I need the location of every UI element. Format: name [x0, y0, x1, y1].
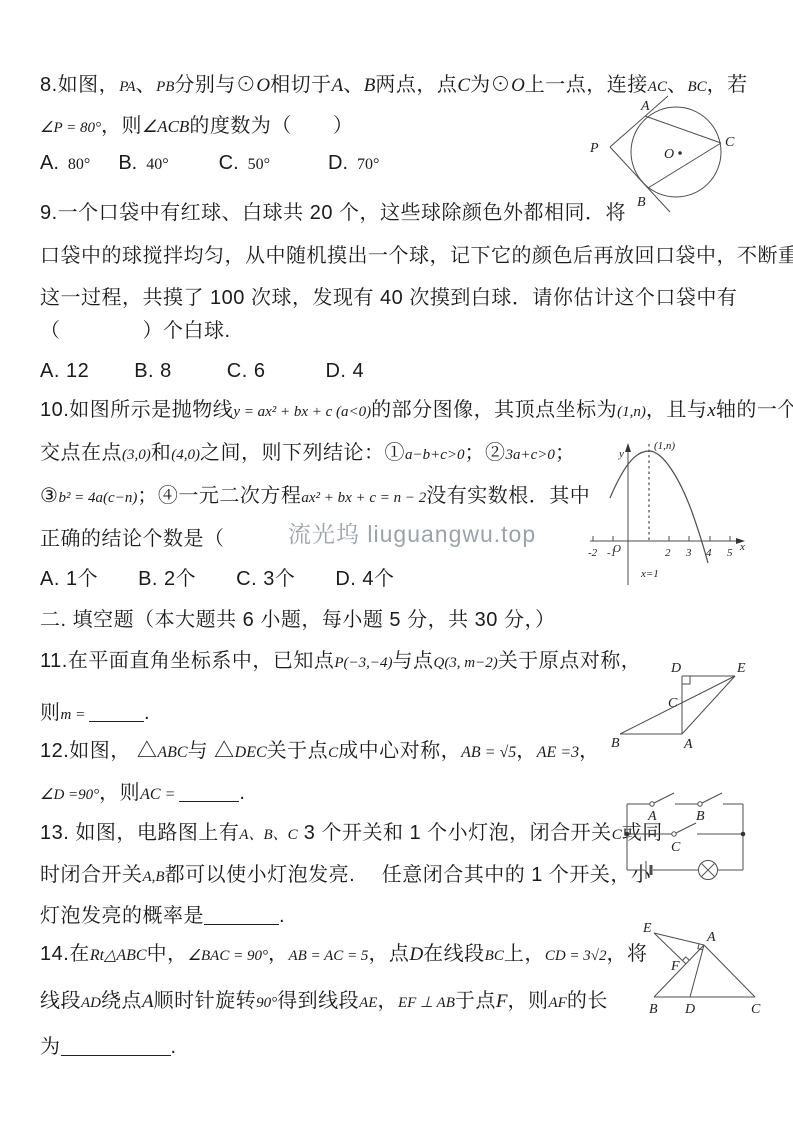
text-run: D. 4 — [325, 360, 364, 382]
text-run: 正确的结论个数是（ — [40, 528, 225, 550]
label-B: B — [637, 195, 646, 210]
text-run: (4,0) — [171, 447, 200, 463]
text-run: . — [279, 905, 285, 927]
right-angle-mark-d — [682, 676, 690, 684]
text-run: 相切于 — [270, 74, 332, 96]
right-angle-mark-f — [682, 957, 689, 961]
text-run: AE — [359, 995, 377, 1011]
text-run: Rt△ABC — [90, 947, 147, 964]
text-run: 的部分图像，其顶点坐标为 — [371, 399, 617, 421]
text-run: ， — [377, 990, 398, 1012]
circle-o — [631, 107, 721, 197]
text-run: m = — [61, 707, 89, 723]
text-run: AD — [81, 995, 101, 1011]
text-run: 50° — [248, 156, 270, 173]
y-axis-arrow — [625, 443, 631, 452]
text-run: 灯泡发亮的概率是 — [40, 905, 204, 927]
text-run: O — [511, 75, 525, 96]
q10-line-3: ③b² = 4a(c−n)；④一元二次方程ax² + bx + c = n − … — [40, 483, 590, 511]
q9-line-4: （ ）个白球. — [40, 318, 231, 346]
q12-triangle-figure: D E C B A — [610, 648, 793, 752]
label-C: C — [668, 696, 678, 711]
switch-a-blade — [654, 793, 674, 803]
text-run: A. 1个 — [40, 568, 98, 590]
text-run: A — [142, 991, 154, 1012]
text-run: 的长 — [567, 990, 608, 1012]
text-run: 上， — [504, 943, 545, 965]
text-run: F — [496, 991, 508, 1012]
text-run: 为⊙ — [470, 74, 511, 96]
section-2-header: 二. 填空题（本大题共 6 小题，每小题 5 分，共 30 分，） — [40, 607, 555, 635]
q11-line-2: 则m = . — [40, 700, 150, 728]
tick-3: 3 — [685, 547, 692, 559]
q14-line-3: 为. — [40, 1034, 177, 1062]
text-run: A. 12 — [40, 360, 89, 382]
label-O: O — [664, 147, 674, 162]
segment-ef — [654, 933, 686, 964]
text-run — [179, 783, 239, 802]
text-run: 、 — [136, 74, 157, 96]
text-run: C. 3个 — [236, 568, 295, 590]
text-run: 的度数为（ ） — [189, 115, 353, 137]
text-run: Q(3, m−2) — [433, 655, 497, 671]
junction-left — [625, 832, 630, 837]
tick-4: 4 — [706, 547, 712, 559]
text-run: y = ax² + bx + c (a<0) — [233, 404, 371, 420]
text-run: B — [364, 75, 376, 96]
segment-be — [620, 676, 735, 734]
q10-line-2: 交点在点(3,0)和(4,0)之间，则下列结论：①a−b+c>0；②3a+c>0… — [40, 440, 575, 468]
text-run: 中， — [147, 943, 188, 965]
center-dot — [678, 151, 682, 155]
label-A: A — [706, 930, 716, 945]
text-run: （ ）个白球. — [40, 320, 231, 342]
text-run: ∠ACB — [142, 117, 189, 136]
text-run: . — [239, 782, 245, 804]
text-run: ， — [579, 740, 600, 762]
text-run: ， — [268, 943, 289, 965]
text-run: . — [144, 702, 150, 724]
text-run: a−b+c>0 — [405, 447, 465, 463]
label-C: C — [751, 1002, 761, 1017]
text-run: D. — [328, 152, 348, 174]
text-run: 8.如图， — [40, 74, 119, 96]
text-run: . — [171, 1036, 177, 1058]
text-run: 3 个开关和 1 个小灯泡，闭合开关 — [298, 822, 612, 844]
label-E: E — [736, 661, 746, 676]
text-run: ，则 — [508, 990, 549, 1012]
exam-page: 8.如图，PA、PB分别与⊙O相切于A、B两点，点C为⊙O上一点，连接AC、BC… — [0, 0, 793, 1122]
text-run: AB = √5 — [461, 744, 516, 761]
text-run: 于点 — [455, 990, 496, 1012]
text-run: A. — [40, 152, 59, 174]
parabola-curve — [610, 451, 708, 563]
text-run: D — [409, 944, 423, 965]
q13-line-3: 灯泡发亮的概率是. — [40, 903, 285, 931]
text-run: PB — [156, 79, 174, 95]
text-run: 上一点，连接 — [525, 74, 648, 96]
text-run: ， — [516, 740, 537, 762]
q10-line-4: 正确的结论个数是（ — [40, 526, 225, 554]
text-run: 这一过程，共摸了 100 次球，发现有 40 次摸到白球．请你估计这个口袋中有 — [40, 287, 737, 309]
text-run: b² = 4a(c−n) — [58, 490, 137, 506]
text-run: 两点，点 — [375, 74, 457, 96]
text-run: 关于点 — [267, 740, 329, 762]
q13-circuit-figure: A B C — [620, 782, 793, 882]
text-run: 轴的一个 — [716, 399, 793, 421]
q12-line-1: 12.如图， △ABC与 △DEC关于点C成中心对称，AB = √5，AE =3… — [40, 738, 600, 766]
label-B: B — [611, 736, 620, 751]
text-run: 为 — [40, 1036, 61, 1058]
junction-right — [741, 832, 746, 837]
text-run: ，且与 — [646, 399, 708, 421]
switch-b-blade — [702, 793, 722, 803]
axis-of-symmetry-label: x=1 — [640, 568, 659, 580]
text-run: DEC — [235, 744, 267, 761]
text-run — [204, 906, 279, 925]
switch-b-contact — [698, 802, 702, 806]
label-A: A — [683, 737, 693, 752]
segment-ac — [704, 945, 755, 997]
q14-line-2: 线段AD绕点A顺时针旋转90°得到线段AE，EF ⊥ AB于点F，则AF的长 — [40, 988, 608, 1016]
q9-options: A. 12B. 8C. 6D. 4 — [40, 358, 364, 386]
text-run: C. 6 — [227, 360, 266, 382]
text-run: ABC — [157, 744, 187, 761]
text-run: B. 2个 — [138, 568, 196, 590]
text-run: PA — [119, 79, 135, 95]
q9-line-3: 这一过程，共摸了 100 次球，发现有 40 次摸到白球．请你估计这个口袋中有 — [40, 285, 737, 313]
text-run: 口袋中的球搅拌均匀，从中随机摸出一个球，记下它的颜色后再放回口袋中，不断重复 — [40, 245, 793, 267]
text-run: 顺时针旋转 — [154, 990, 257, 1012]
label-F: F — [670, 959, 680, 974]
text-run: AC — [648, 79, 667, 95]
text-run: B. 8 — [134, 360, 172, 382]
text-run: 之间，则下列结论：① — [200, 442, 405, 464]
text-run: CD = 3√2 — [545, 948, 607, 964]
label-C: C — [725, 135, 735, 150]
text-run: AB = AC = 5 — [288, 948, 368, 964]
q12-line-2: ∠D =90°，则AC = . — [40, 780, 245, 808]
text-run: 、 — [667, 74, 688, 96]
label-B: B — [649, 1002, 658, 1017]
text-run: D. 4个 — [335, 568, 394, 590]
text-run: BC — [687, 79, 706, 95]
text-run: 则 — [40, 702, 61, 724]
q10-parabola-figure: y x O (1,n) x=1 -2 -1 2 3 4 5 — [588, 430, 793, 592]
text-run: 分别与⊙ — [174, 74, 256, 96]
x-axis-label: x — [739, 541, 745, 553]
text-run: C — [328, 745, 338, 761]
label-D: D — [684, 1002, 695, 1017]
text-run: 交点在点 — [40, 442, 122, 464]
label-switch-A: A — [647, 809, 657, 824]
label-E: E — [642, 921, 652, 936]
segment-ea — [654, 933, 704, 945]
text-run: 绕点 — [101, 990, 142, 1012]
text-run: ； — [555, 442, 576, 464]
text-run: 70° — [357, 156, 379, 173]
text-run: 与点 — [392, 650, 433, 672]
q10-line-1: 10.如图所示是抛物线y = ax² + bx + c (a<0)的部分图像，其… — [40, 397, 793, 425]
text-run: 得到线段 — [277, 990, 359, 1012]
x-axis-ticks — [593, 536, 730, 541]
text-run: A — [332, 75, 344, 96]
text-run: 14.在 — [40, 943, 90, 965]
text-run: 与 △ — [188, 740, 235, 762]
text-run: ∠P = 80° — [40, 120, 101, 136]
text-run: AF — [549, 995, 567, 1011]
text-run: B. — [118, 152, 137, 174]
text-run: O — [256, 75, 270, 96]
text-run: ；② — [465, 442, 506, 464]
text-run: (1,n) — [617, 404, 646, 420]
text-run: BC — [485, 948, 504, 964]
text-run: ax² + bx + c = n − 2 — [301, 490, 426, 506]
q13-line-1: 13. 如图，电路图上有A、B、C 3 个开关和 1 个小灯泡，闭合开关C或同 — [40, 820, 663, 848]
text-run: ，若 — [707, 74, 748, 96]
text-run: 40° — [146, 156, 168, 173]
text-run: 、 — [343, 74, 364, 96]
label-switch-B: B — [696, 809, 705, 824]
text-run: 在线段 — [423, 943, 485, 965]
text-run: EF ⊥ AB — [398, 995, 455, 1011]
text-run: 时闭合开关 — [40, 864, 143, 886]
text-run: 80° — [68, 156, 90, 173]
segment-ae — [682, 676, 735, 734]
text-run: 和 — [151, 442, 172, 464]
watermark: 流光坞 liuguangwu.top — [288, 516, 536, 549]
label-D: D — [670, 661, 681, 676]
q8-circle-figure: A P B C O — [588, 96, 793, 226]
label-P: P — [589, 141, 599, 156]
text-run: 线段 — [40, 990, 81, 1012]
text-run: 12.如图， △ — [40, 740, 157, 762]
text-run: ∠BAC = 90° — [188, 948, 268, 964]
text-run: 3a+c>0 — [506, 447, 555, 463]
text-run: 90° — [256, 995, 277, 1011]
text-run: 13. 如图，电路图上有 — [40, 822, 239, 844]
switch-a-contact — [650, 802, 654, 806]
text-run: 9.一个口袋中有红球、白球共 20 个，这些球除颜色外都相同．将 — [40, 202, 626, 224]
q8-line-2: ∠P = 80°，则∠ACB的度数为（ ） — [40, 113, 353, 141]
text-run: 11.在平面直角坐标系中，已知点 — [40, 650, 334, 672]
q9-line-2: 口袋中的球搅拌均匀，从中随机摸出一个球，记下它的颜色后再放回口袋中，不断重复 — [40, 243, 793, 271]
circuit-wires — [627, 804, 743, 870]
switch-c-contact — [672, 832, 676, 836]
label-switch-C: C — [671, 840, 681, 855]
text-run: C — [457, 75, 470, 96]
text-run: ③ — [40, 485, 58, 507]
text-run: A,B — [143, 869, 165, 885]
tick-5: 5 — [727, 547, 733, 559]
text-run: 没有实数根．其中 — [426, 485, 590, 507]
q13-line-2: 时闭合开关A,B都可以使小灯泡发亮. 任意闭合其中的 1 个开关，小 — [40, 862, 651, 890]
text-run: 都可以使小灯泡发亮. 任意闭合其中的 1 个开关，小 — [165, 864, 652, 886]
text-run — [89, 703, 144, 722]
text-run — [61, 1037, 171, 1056]
text-run: AC = — [140, 786, 179, 803]
switch-c-blade — [676, 823, 696, 833]
text-run: A、B、C — [239, 827, 297, 843]
q10-options: A. 1个B. 2个C. 3个D. 4个 — [40, 566, 395, 594]
tick-2: 2 — [665, 547, 671, 559]
q8-options: A.80°B.40°C.50°D.70° — [40, 150, 379, 178]
q11-line-1: 11.在平面直角坐标系中，已知点P(−3,−4)与点Q(3, m−2)关于原点对… — [40, 648, 641, 676]
chord-ac — [645, 116, 721, 143]
q14-line-1: 14.在Rt△ABC中，∠BAC = 90°，AB = AC = 5，点D在线段… — [40, 941, 648, 969]
label-A: A — [640, 99, 650, 114]
text-run: ∠D =90° — [40, 787, 99, 803]
text-run: ，点 — [368, 943, 409, 965]
text-run: ，则 — [101, 115, 142, 137]
text-run: ，则 — [99, 782, 140, 804]
text-run: (3,0) — [122, 447, 151, 463]
text-run: 成中心对称， — [338, 740, 461, 762]
text-run: 10.如图所示是抛物线 — [40, 399, 233, 421]
text-run: AE =3 — [537, 744, 579, 761]
text-run: 二. 填空题（本大题共 6 小题，每小题 5 分，共 30 分，） — [40, 609, 555, 631]
q9-line-1: 9.一个口袋中有红球、白球共 20 个，这些球除颜色外都相同．将 — [40, 200, 626, 228]
y-axis-label: y — [618, 448, 624, 460]
text-run: ；④一元二次方程 — [137, 485, 301, 507]
vertex-label: (1,n) — [654, 440, 675, 452]
tick-neg1: -1 — [607, 547, 616, 559]
text-run: P(−3,−4) — [334, 655, 392, 671]
text-run: C. — [219, 152, 239, 174]
q14-triangle-figure: E A F B D C — [622, 918, 793, 1023]
text-run: x — [707, 400, 715, 421]
tick-neg2: -2 — [588, 547, 598, 559]
